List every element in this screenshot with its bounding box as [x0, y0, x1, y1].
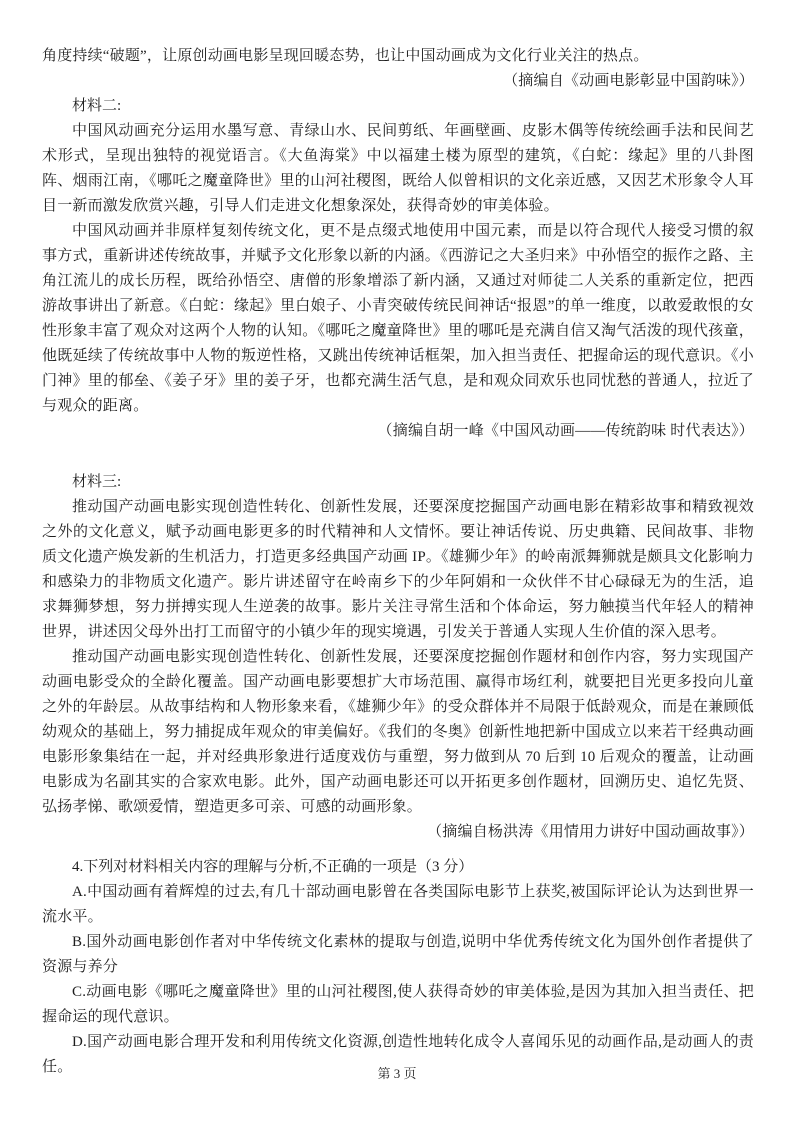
page-number: 第 3 页: [0, 1063, 794, 1082]
material3-paragraph-2: 推动国产动画电影实现创造性转化、创新性发展，还要深度挖掘创作题材和创作内容，努力…: [42, 645, 754, 820]
material1-source: （摘编自《动画电影彰显中国韵味》）: [42, 69, 754, 94]
intro-continuation-line: 角度持续“破题”，让原创动画电影呈现回暖态势，也让中国动画成为文化行业关注的热点…: [42, 44, 754, 69]
question-4-stem: 4.下列对材料相关内容的理解与分析,不正确的一项是（3 分）: [42, 855, 754, 880]
question-4-option-b: B.国外动画电影创作者对中华传统文化素林的提取与创造,说明中华优秀传统文化为国外…: [42, 930, 754, 980]
question-4-option-a: A.中国动画有着辉煌的过去,有几十部动画电影曾在各类国际电影节上获奖,被国际评论…: [42, 880, 754, 930]
material3-source: （摘编自杨洪涛《用情用力讲好中国动画故事》）: [42, 820, 754, 845]
material2-heading: 材料二:: [42, 94, 754, 119]
document-page: 角度持续“破题”，让原创动画电影呈现回暖态势，也让中国动画成为文化行业关注的热点…: [0, 0, 794, 1122]
material3-heading: 材料三:: [42, 470, 754, 495]
material3-paragraph-1: 推动国产动画电影实现创造性转化、创新性发展，还要深度挖掘国产动画电影在精彩故事和…: [42, 495, 754, 645]
material2-source: （摘编自胡一峰《中国风动画——传统韵味 时代表达》）: [42, 419, 754, 444]
material2-paragraph-2: 中国风动画并非原样复刻传统文化，更不是点缀式地使用中国元素，而是以符合现代人接受…: [42, 219, 754, 419]
material2-paragraph-1: 中国风动画充分运用水墨写意、青绿山水、民间剪纸、年画壁画、皮影木偶等传统绘画手法…: [42, 119, 754, 219]
question-4-option-c: C.动画电影《哪吒之魔童降世》里的山河社稷图,使人获得奇妙的审美体验,是因为其加…: [42, 980, 754, 1030]
